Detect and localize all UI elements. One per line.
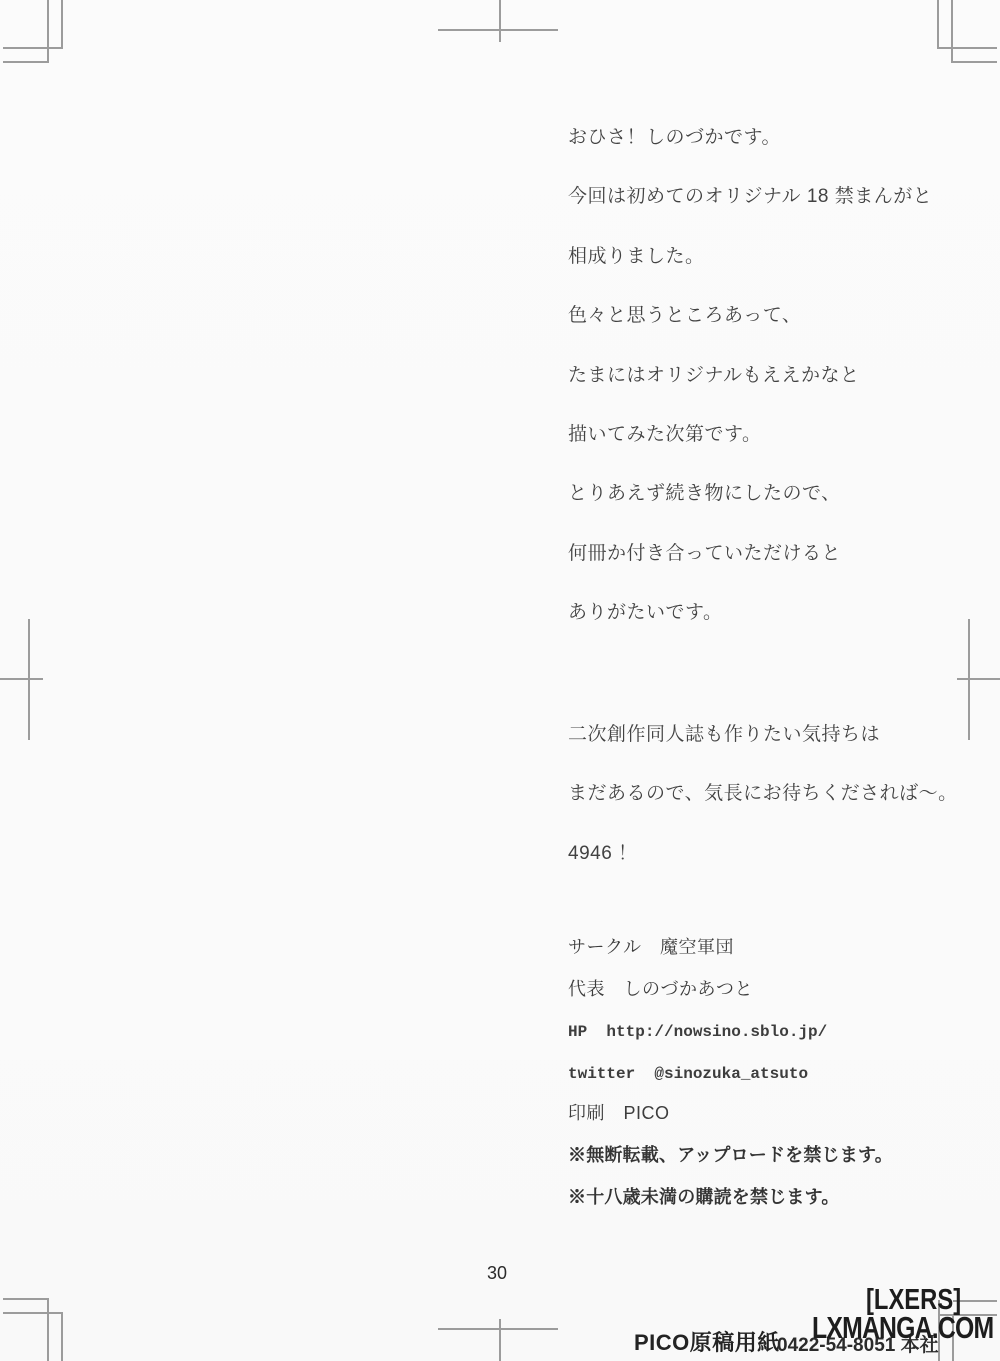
lxmanga-watermark: LXMANGA.COM xyxy=(812,1310,993,1346)
trim-line xyxy=(3,1312,63,1314)
trim-line xyxy=(61,1312,63,1361)
afterword-line: 4946 ！ xyxy=(568,842,958,901)
afterword-line: まだあるので、気長にお待ちくだされば〜。 xyxy=(568,782,958,841)
credits-block: サークル 魔空軍団 代表 しのづかあつと HP http://nowsino.s… xyxy=(568,936,893,1227)
afterword-line: とりあえず続き物にしたので、 xyxy=(568,482,932,541)
trim-line xyxy=(937,0,939,47)
notice-no-repost: ※無断転載、アップロードを禁じます。 xyxy=(568,1144,893,1186)
credit-circle: サークル 魔空軍団 xyxy=(568,936,893,978)
trim-line xyxy=(0,678,43,680)
paper-brand-label: PICO原稿用紙 xyxy=(634,1326,780,1357)
credit-representative: 代表 しのづかあつと xyxy=(568,978,893,1020)
trim-line xyxy=(3,47,63,49)
trim-line xyxy=(499,1319,501,1361)
trim-line xyxy=(951,61,997,63)
afterword-paragraph-1: おひさ！しのづかです。 今回は初めてのオリジナル 18 禁まんがと 相成りました… xyxy=(568,126,932,661)
trim-line xyxy=(61,0,63,47)
afterword-line: 二次創作同人誌も作りたい気持ちは xyxy=(568,723,958,782)
afterword-paragraph-2: 二次創作同人誌も作りたい気持ちは まだあるので、気長にお待ちくだされば〜。 49… xyxy=(568,723,958,901)
afterword-line: 今回は初めてのオリジナル 18 禁まんがと xyxy=(568,185,932,244)
scanned-page: おひさ！しのづかです。 今回は初めてのオリジナル 18 禁まんがと 相成りました… xyxy=(0,0,1000,1361)
afterword-line: おひさ！しのづかです。 xyxy=(568,126,932,185)
afterword-line: 色々と思うところあって、 xyxy=(568,304,932,363)
trim-line xyxy=(3,61,49,63)
trim-line xyxy=(3,1298,49,1300)
trim-line xyxy=(438,1328,558,1330)
afterword-line: 描いてみた次第です。 xyxy=(568,423,932,482)
trim-line xyxy=(47,1298,49,1361)
trim-line xyxy=(957,678,1000,680)
page-number: 30 xyxy=(477,1263,517,1284)
afterword-line: たまにはオリジナルもええかなと xyxy=(568,364,932,423)
notice-age-restriction: ※十八歳未満の購読を禁じます。 xyxy=(568,1186,893,1228)
afterword-line: ありがたいです。 xyxy=(568,601,932,660)
credit-twitter-handle: twitter @sinozuka_atsuto xyxy=(568,1061,893,1103)
afterword-line: 何冊か付き合っていただけると xyxy=(568,542,932,601)
trim-line xyxy=(951,0,953,62)
trim-line xyxy=(438,29,558,31)
trim-line xyxy=(47,0,49,62)
afterword-line: 相成りました。 xyxy=(568,245,932,304)
trim-line xyxy=(499,0,501,42)
trim-line xyxy=(937,47,997,49)
credit-homepage-url: HP http://nowsino.sblo.jp/ xyxy=(568,1019,893,1061)
credit-printer: 印刷 PICO xyxy=(568,1102,893,1144)
